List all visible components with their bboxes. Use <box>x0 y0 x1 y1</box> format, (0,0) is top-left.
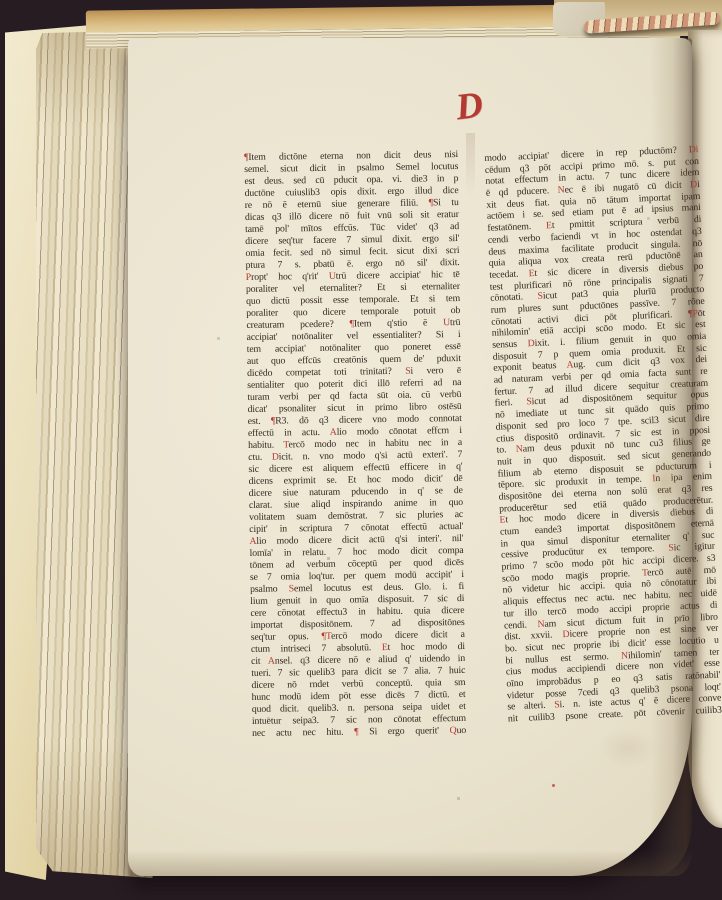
dust-specks <box>128 38 129 39</box>
rubric-mark: A <box>249 536 256 547</box>
rubric-mark: ¶ <box>244 152 248 163</box>
rubric-mark: S <box>554 700 560 711</box>
rubric-mark: T <box>642 567 648 578</box>
rubric-mark: E <box>546 220 552 231</box>
rubric-mark: U <box>443 317 450 328</box>
incunabulum-photo: D ¶Item dictōne eterna non dicit deus ni… <box>0 0 722 900</box>
rubric-mark: ¶ <box>429 197 433 208</box>
rubric-mark: N <box>557 185 564 196</box>
rubric-mark: N <box>516 444 523 455</box>
rubric-mark: ¶ <box>271 416 275 427</box>
rubric-mark: Q <box>450 725 457 736</box>
rubric-mark: S <box>289 583 294 594</box>
rubric-mark: ¶T <box>322 631 332 642</box>
rubric-mark: U <box>329 271 336 282</box>
paper-stain <box>646 456 682 506</box>
rubric-mark: N <box>537 618 544 629</box>
rubric-mark: D <box>272 452 279 463</box>
open-recto-page: D ¶Item dictōne eterna non dicit deus ni… <box>128 38 692 876</box>
paper-stain <box>598 728 658 768</box>
rubric-mark: E <box>499 515 505 526</box>
rubric-mark: P <box>246 272 251 283</box>
text-line: nec actu nec hitu. ¶ Si ergo querit' Quo <box>252 725 466 740</box>
rubric-mark: A <box>330 427 337 438</box>
rubric-mark: D <box>527 338 534 349</box>
rubric-mark: I <box>652 473 656 484</box>
rubricated-initial: D <box>454 86 498 127</box>
rubric-mark: S <box>405 366 410 377</box>
ink-smudge <box>466 133 475 195</box>
rubric-mark: T <box>283 439 288 450</box>
text-column-left: ¶Item dictōne eterna non dicit deus nisi… <box>244 149 466 740</box>
rubric-mark: D <box>690 179 697 190</box>
rubric-mark: S <box>537 291 543 302</box>
rubric-mark: D <box>562 629 569 640</box>
text-column-right: modo accipiat' dicere in rep pductōm? Di… <box>484 144 722 725</box>
rubric-mark: Di <box>689 144 699 155</box>
rubric-mark: N <box>621 650 628 661</box>
rubric-mark: ¶P <box>688 308 698 319</box>
rubric-mark: E <box>382 642 388 653</box>
rubric-mark: E <box>528 268 534 279</box>
rubric-mark: ¶ <box>350 318 354 329</box>
rubric-mark: A <box>566 360 573 371</box>
rubric-mark: ¶ <box>354 726 358 737</box>
rubric-mark: A <box>268 656 275 667</box>
rubric-mark: S <box>668 543 674 554</box>
rubric-mark: S <box>526 397 532 408</box>
red-ink-speck <box>552 784 555 787</box>
